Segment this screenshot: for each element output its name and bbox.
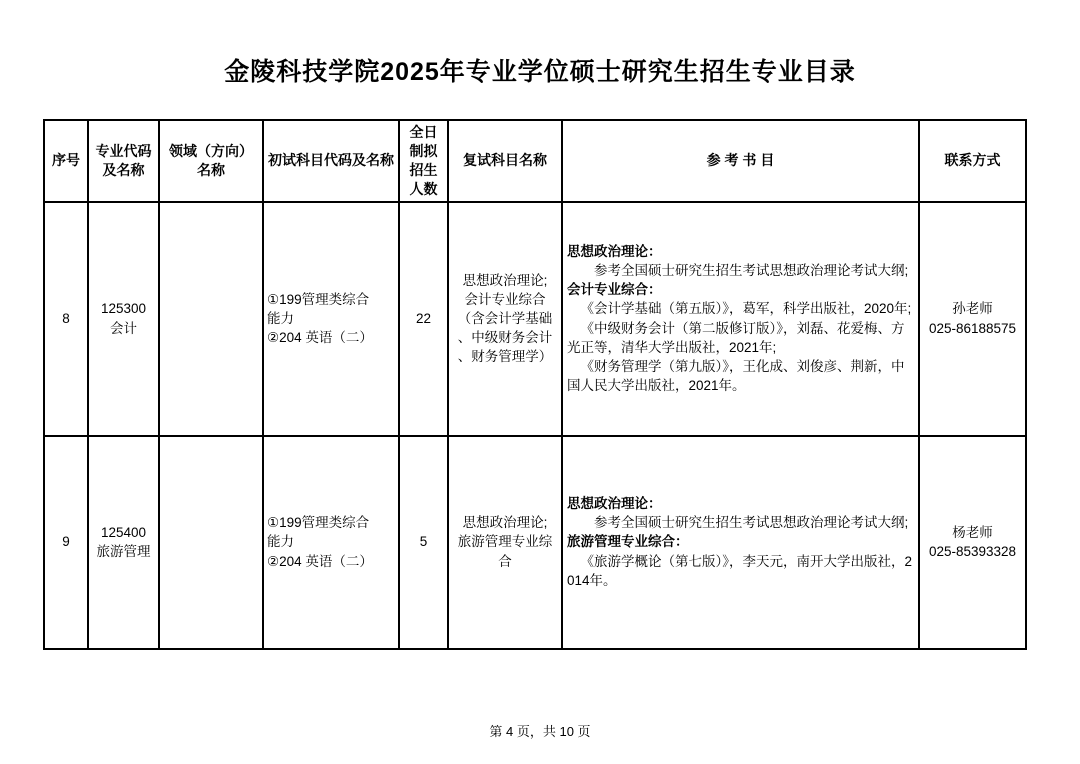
cell-contact: 杨老师 025-85393328 <box>919 436 1026 649</box>
page-title: 金陵科技学院2025年专业学位硕士研究生招生专业目录 <box>0 52 1080 88</box>
cell-initial-exam: ①199管理类综合 能力 ②204 英语（二） <box>263 436 399 649</box>
reference-section-title: 会计专业综合： <box>567 280 914 299</box>
table-header-row: 序号 专业代码及名称 领域（方向）名称 初试科目代码及名称 全日制拟招生人数 复… <box>44 120 1026 202</box>
cell-initial-exam: ①199管理类综合 能力 ②204 英语（二） <box>263 202 399 436</box>
cell-references: 思想政治理论： 参考全国硕士研究生招生考试思想政治理论考试大纲; 旅游管理专业综… <box>562 436 919 649</box>
reference-item: 参考全国硕士研究生招生考试思想政治理论考试大纲; <box>567 513 914 532</box>
cell-field <box>159 202 263 436</box>
reference-section-title: 思想政治理论： <box>567 242 914 261</box>
reference-item: 《中级财务会计（第二版修订版）》，刘磊、花爱梅、方光正等，清华大学出版社，202… <box>567 319 914 357</box>
reference-item: 《旅游学概论（第七版）》，李天元，南开大学出版社，2014年。 <box>567 552 914 590</box>
cell-code-name: 125400 旅游管理 <box>88 436 159 649</box>
header-contact: 联系方式 <box>919 120 1026 202</box>
header-code-name: 专业代码及名称 <box>88 120 159 202</box>
reference-item: 参考全国硕士研究生招生考试思想政治理论考试大纲; <box>567 261 914 280</box>
header-quota: 全日制拟招生人数 <box>399 120 448 202</box>
cell-retest: 思想政治理论; 会计专业综合 （含会计学基础 、中级财务会计 、财务管理学） <box>448 202 562 436</box>
header-initial-exam: 初试科目代码及名称 <box>263 120 399 202</box>
reference-item: 《会计学基础（第五版）》，葛军，科学出版社，2020年; <box>567 299 914 318</box>
header-field: 领域（方向）名称 <box>159 120 263 202</box>
reference-section-title: 旅游管理专业综合： <box>567 532 914 551</box>
reference-item: 《财务管理学（第九版）》，王化成、刘俊彦、荆新，中国人民大学出版社，2021年。 <box>567 357 914 395</box>
header-retest: 复试科目名称 <box>448 120 562 202</box>
cell-retest: 思想政治理论; 旅游管理专业综 合 <box>448 436 562 649</box>
cell-quota: 22 <box>399 202 448 436</box>
header-no: 序号 <box>44 120 88 202</box>
header-references: 参 考 书 目 <box>562 120 919 202</box>
reference-section-title: 思想政治理论： <box>567 494 914 513</box>
table-row: 8 125300 会计 ①199管理类综合 能力 ②204 英语（二） 22 思… <box>44 202 1026 436</box>
cell-contact: 孙老师 025-86188575 <box>919 202 1026 436</box>
admissions-table: 序号 专业代码及名称 领域（方向）名称 初试科目代码及名称 全日制拟招生人数 复… <box>43 119 1027 650</box>
cell-code-name: 125300 会计 <box>88 202 159 436</box>
cell-no: 9 <box>44 436 88 649</box>
cell-quota: 5 <box>399 436 448 649</box>
cell-field <box>159 436 263 649</box>
cell-references: 思想政治理论： 参考全国硕士研究生招生考试思想政治理论考试大纲; 会计专业综合：… <box>562 202 919 436</box>
page-number: 第 4 页，共 10 页 <box>0 721 1080 740</box>
document-page: 金陵科技学院2025年专业学位硕士研究生招生专业目录 序号 专业代码及名称 领域… <box>0 0 1080 764</box>
table-row: 9 125400 旅游管理 ①199管理类综合 能力 ②204 英语（二） 5 … <box>44 436 1026 649</box>
cell-no: 8 <box>44 202 88 436</box>
